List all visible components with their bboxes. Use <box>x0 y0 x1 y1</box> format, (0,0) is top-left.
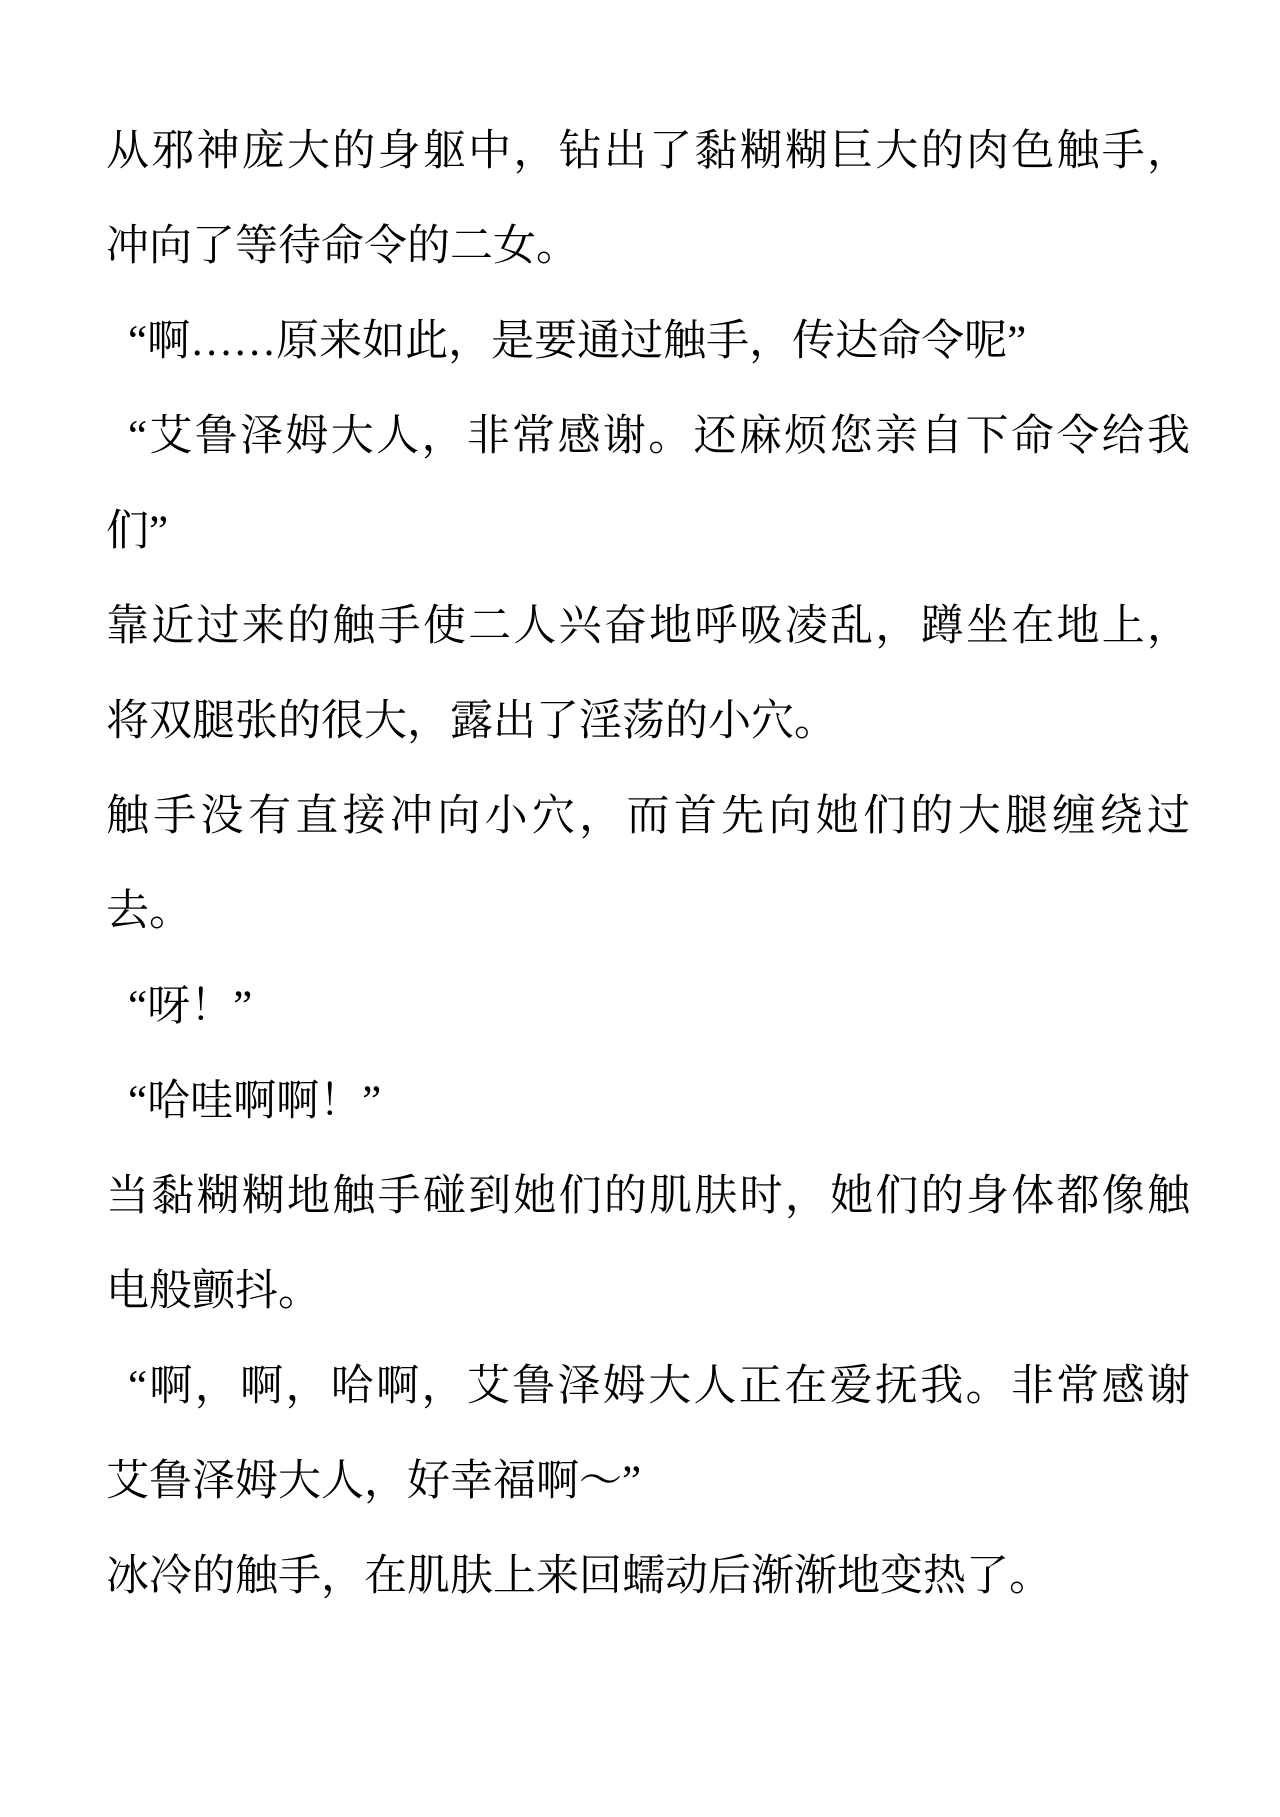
text-content: 从邪神庞大的身躯中，钻出了黏糊糊巨大的肉色触手，冲向了等待命令的二女。“啊……原… <box>106 104 1190 1624</box>
text-line: 将双腿张的很大，露出了淫荡的小穴。 <box>106 674 1190 769</box>
text-line: 靠近过来的触手使二人兴奋地呼吸凌乱，蹲坐在地上， <box>106 579 1190 674</box>
text-line: 从邪神庞大的身躯中，钻出了黏糊糊巨大的肉色触手， <box>106 104 1190 199</box>
text-line: 电般颤抖。 <box>106 1244 1190 1339</box>
text-line: “哈哇啊啊！” <box>106 1054 1190 1149</box>
text-line: 冲向了等待命令的二女。 <box>106 199 1190 294</box>
text-line: 冰冷的触手，在肌肤上来回蠕动后渐渐地变热了。 <box>106 1529 1190 1624</box>
text-line: 去。 <box>106 864 1190 959</box>
text-line: 触手没有直接冲向小穴，而首先向她们的大腿缠绕过 <box>106 769 1190 864</box>
text-line: “呀！” <box>106 959 1190 1054</box>
text-line: 当黏糊糊地触手碰到她们的肌肤时，她们的身体都像触 <box>106 1149 1190 1244</box>
document-page: 从邪神庞大的身躯中，钻出了黏糊糊巨大的肉色触手，冲向了等待命令的二女。“啊……原… <box>0 0 1280 1817</box>
text-line: “啊，啊，哈啊，艾鲁泽姆大人正在爱抚我。非常感谢 <box>106 1339 1190 1434</box>
text-line: 们” <box>106 484 1190 579</box>
text-line: 艾鲁泽姆大人，好幸福啊～” <box>106 1434 1190 1529</box>
text-line: “艾鲁泽姆大人，非常感谢。还麻烦您亲自下命令给我 <box>106 389 1190 484</box>
text-line: “啊……原来如此，是要通过触手，传达命令呢” <box>106 294 1190 389</box>
